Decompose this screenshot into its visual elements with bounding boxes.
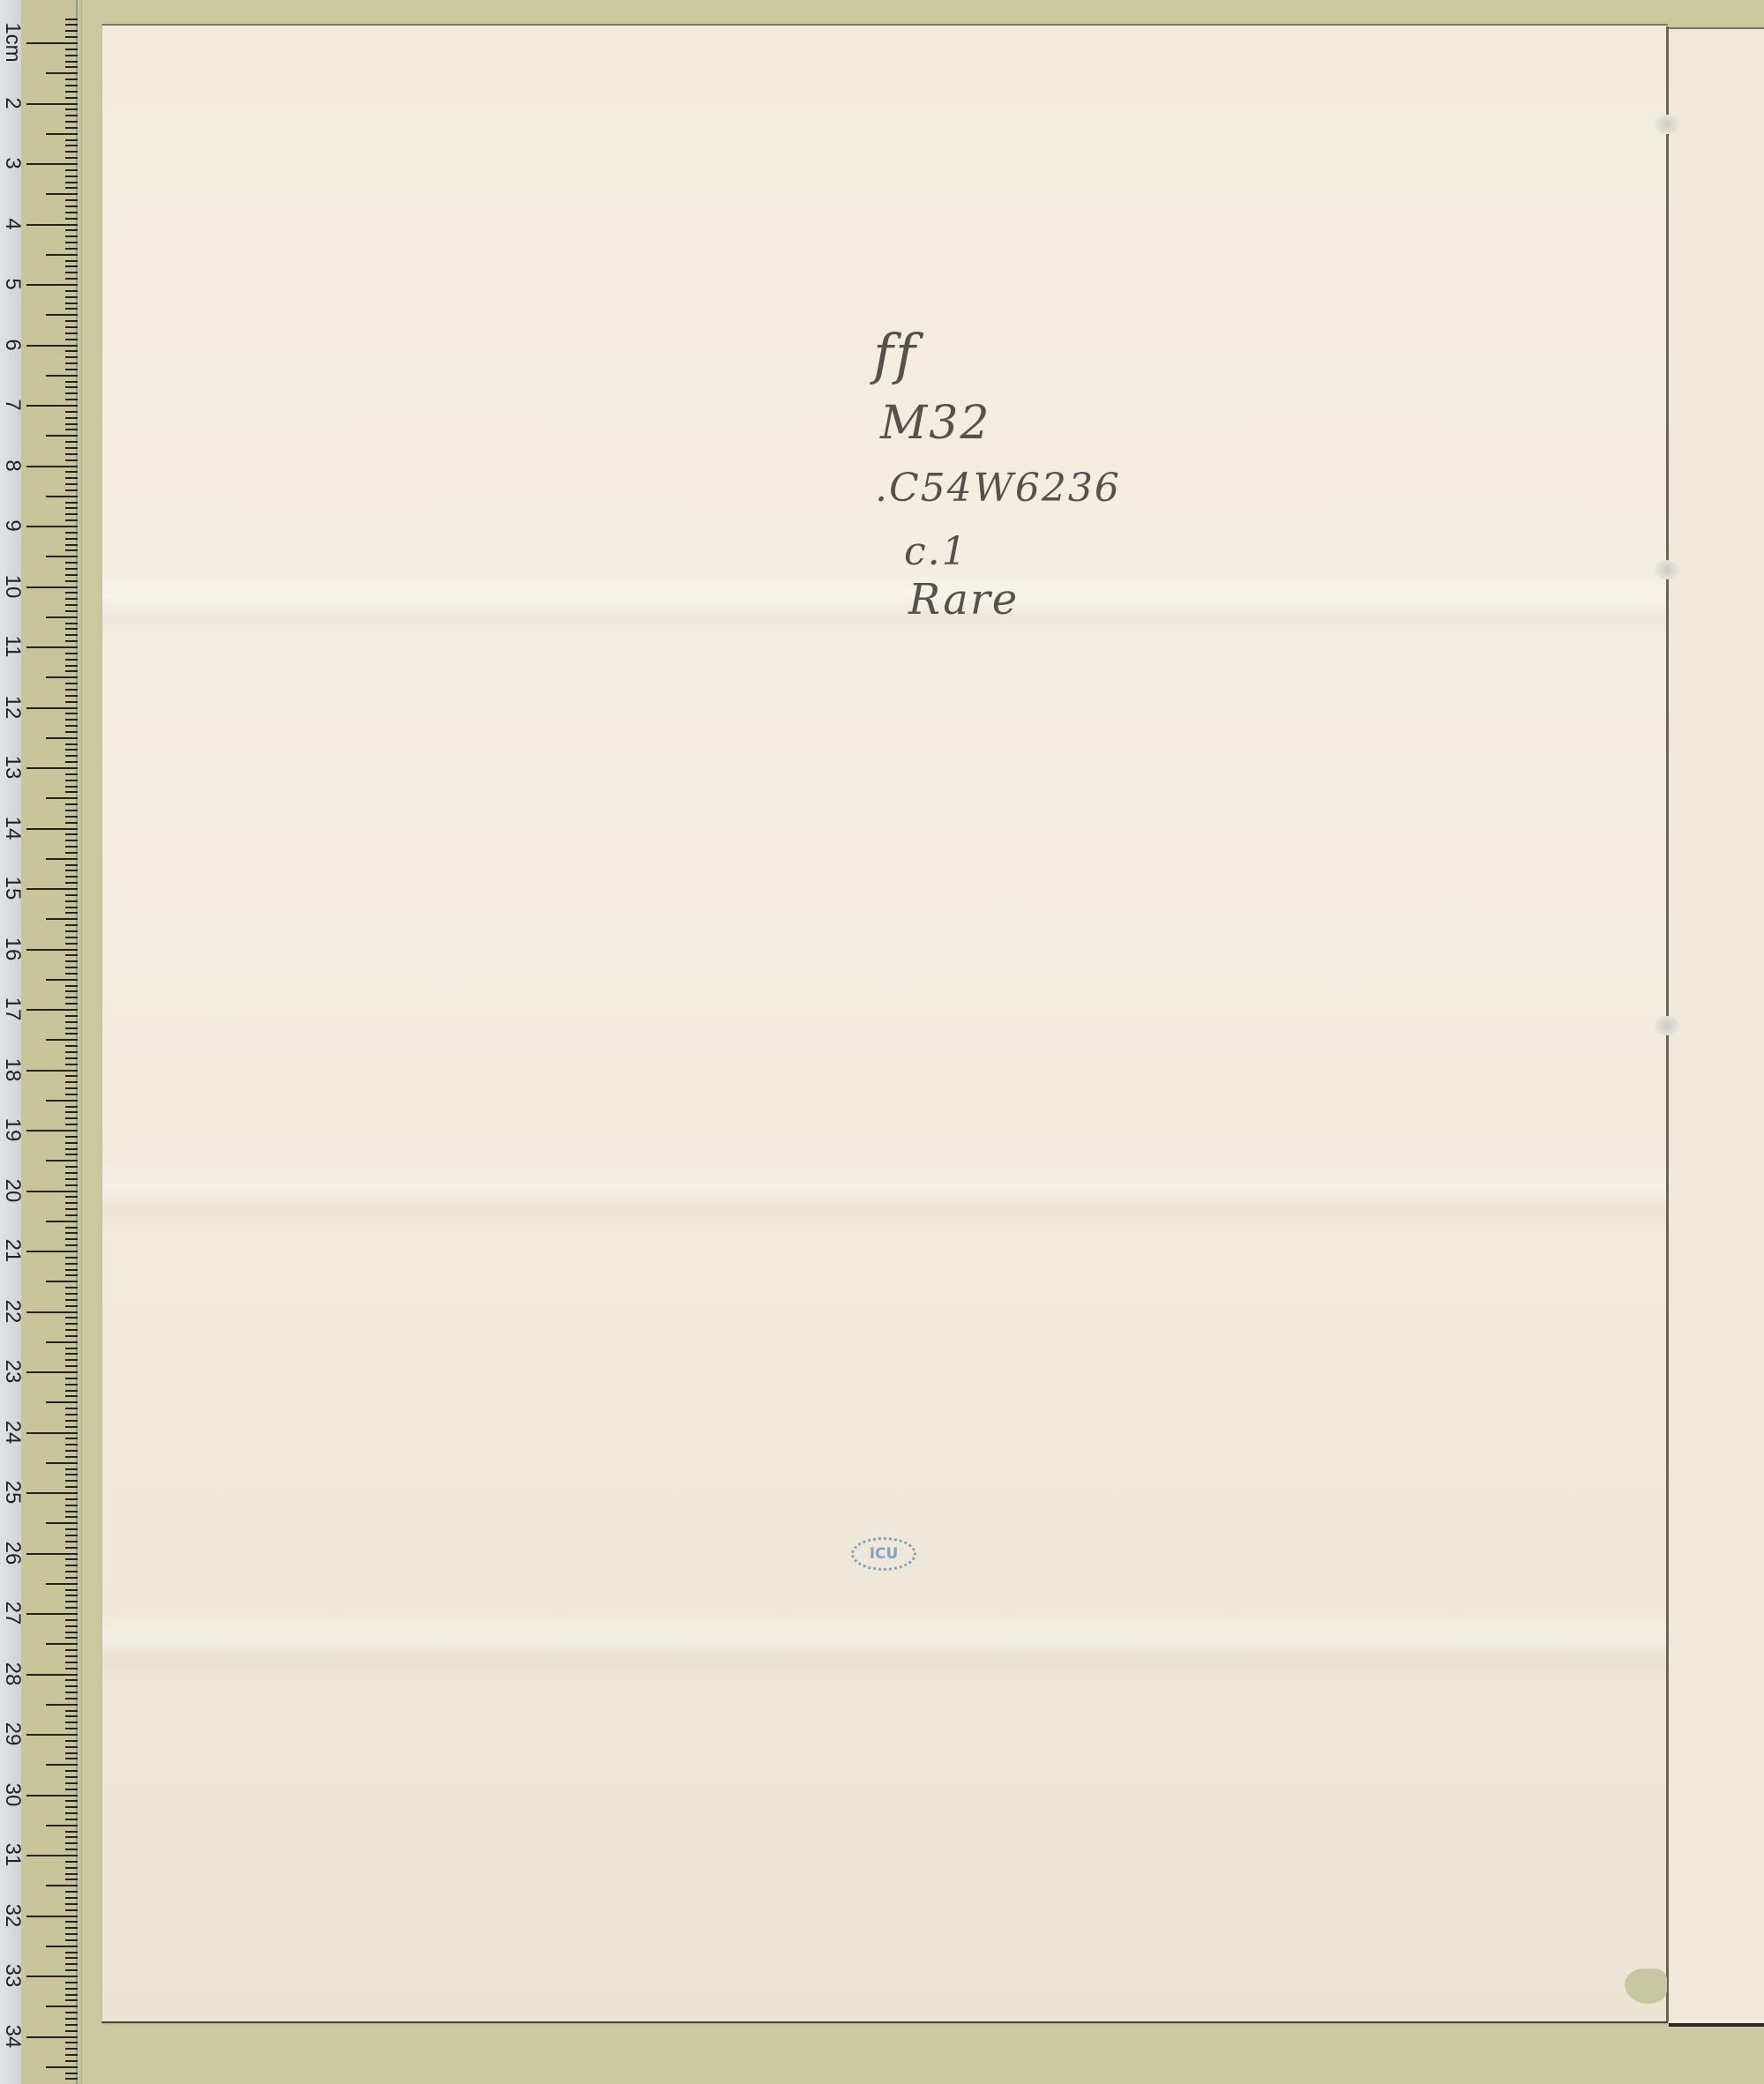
ruler-tick xyxy=(65,1227,78,1229)
ruler-tick xyxy=(65,882,78,884)
ruler-tick xyxy=(65,1426,78,1428)
ruler-tick xyxy=(65,1632,78,1633)
ruler-tick xyxy=(65,1710,78,1712)
ruler-tick xyxy=(26,224,78,226)
ruler-tick xyxy=(65,1903,78,1905)
ruler-tick xyxy=(65,1891,78,1893)
ruler-tick xyxy=(65,78,78,80)
ruler-tick xyxy=(65,1728,78,1729)
ruler-cm-label: 25 xyxy=(0,1478,26,1506)
ruler-tick xyxy=(26,949,78,951)
staple-hole xyxy=(1655,1016,1679,1035)
ruler-tick xyxy=(65,2018,78,2020)
ruler-tick xyxy=(65,731,78,733)
ruler-cm-label: 29 xyxy=(0,1720,26,1748)
ruler-tick xyxy=(65,803,78,805)
ruler-tick xyxy=(65,562,78,564)
ruler-tick xyxy=(65,1033,78,1035)
ruler-tick xyxy=(65,1861,78,1863)
ruler-tick xyxy=(65,701,78,703)
ruler-tick xyxy=(65,1921,78,1923)
ruler-tick xyxy=(65,1782,78,1784)
ruler-tick xyxy=(65,320,78,322)
ruler-tick xyxy=(65,423,78,425)
ruler-tick xyxy=(65,1927,78,1929)
ruler-tick xyxy=(65,1547,78,1549)
ruler-tick xyxy=(65,670,78,672)
ruler-tick xyxy=(46,1221,78,1222)
ruler-tick xyxy=(65,1214,78,1216)
ruler-tick xyxy=(65,610,78,612)
ruler-cm-label: 27 xyxy=(0,1599,26,1627)
ruler-tick xyxy=(65,1999,78,2001)
ruler-tick xyxy=(65,1607,78,1609)
ruler-tick xyxy=(65,1244,78,1246)
ruler-tick xyxy=(65,483,78,485)
ruler-tick xyxy=(65,332,78,334)
ruler-tick xyxy=(65,1969,78,1971)
ruler-tick xyxy=(65,1003,78,1005)
ruler-tick xyxy=(65,592,78,594)
ruler-tick xyxy=(65,816,78,818)
ruler-tick xyxy=(65,1021,78,1023)
ruler-tick xyxy=(65,278,78,280)
ruler-tick xyxy=(65,350,78,352)
ruler-tick xyxy=(46,1885,78,1886)
ruler-tick xyxy=(65,1420,78,1422)
ruler-tick xyxy=(65,574,78,576)
ruler-tick xyxy=(65,1142,78,1144)
ruler-tick xyxy=(65,97,78,99)
ruler-cm-label: 1cm xyxy=(0,19,26,65)
ruler-cm-label: 14 xyxy=(0,814,26,842)
ruler-tick xyxy=(65,786,78,788)
ruler-cm-label: 6 xyxy=(0,331,26,359)
ruler-tick xyxy=(65,1438,78,1439)
ruler-tick xyxy=(65,1740,78,1742)
ruler-tick xyxy=(65,30,78,32)
ruler-tick xyxy=(26,1492,78,1494)
ruler-tick xyxy=(65,477,78,479)
ruler-tick xyxy=(65,1196,78,1198)
ruler-tick xyxy=(46,1643,78,1645)
ruler-tick xyxy=(65,689,78,691)
ruler-tick xyxy=(65,876,78,878)
ruler-tick xyxy=(65,713,78,714)
ruler-tick xyxy=(65,1668,78,1669)
ruler-tick xyxy=(65,604,78,606)
ruler-tick xyxy=(65,1595,78,1596)
ruler-tick xyxy=(65,471,78,473)
ruler-tick xyxy=(65,864,78,866)
ruler-tick xyxy=(65,61,78,63)
ruler-cm-label: 10 xyxy=(0,572,26,601)
ruler-tick xyxy=(65,1649,78,1651)
ruler-tick xyxy=(65,145,78,146)
ruler-tick xyxy=(65,1752,78,1754)
ruler-tick xyxy=(65,24,78,26)
ruler-tick xyxy=(65,1081,78,1083)
ruler-tick xyxy=(65,568,78,570)
ruler-tick xyxy=(65,1589,78,1591)
ruler-tick xyxy=(65,2078,78,2080)
ruler-tick xyxy=(65,1952,78,1953)
ruler-tick xyxy=(26,526,78,527)
ruler-tick xyxy=(65,773,78,775)
ruler-tick xyxy=(65,1770,78,1772)
ruler-tick xyxy=(65,1269,78,1271)
ruler-tick xyxy=(65,392,78,394)
ruler-tick xyxy=(65,139,78,141)
ruler-tick xyxy=(65,381,78,383)
ruler-tick xyxy=(65,1480,78,1482)
ruler-tick xyxy=(26,888,78,890)
ruler-tick xyxy=(65,1395,78,1397)
ruler-tick xyxy=(65,930,78,932)
ruler-tick xyxy=(65,810,78,811)
ruler-tick xyxy=(65,780,78,781)
ruler-cm-label: 12 xyxy=(0,693,26,721)
ruler-tick xyxy=(26,405,78,407)
ruler-tick xyxy=(65,943,78,945)
ruler-tick xyxy=(65,1577,78,1579)
ruler-tick xyxy=(65,121,78,123)
ruler-tick xyxy=(65,1384,78,1386)
ruler-tick xyxy=(65,1831,78,1833)
call-number-line-location: Rare xyxy=(908,575,1019,624)
ruler-cm-label: 33 xyxy=(0,1961,26,1990)
ruler-tick xyxy=(46,375,78,377)
ruler-tick xyxy=(65,429,78,430)
ruler-tick xyxy=(65,549,78,551)
ruler-tick xyxy=(65,852,78,854)
ruler-tick xyxy=(65,900,78,902)
ruler-tick xyxy=(65,2073,78,2074)
call-number-line-copy: c.1 xyxy=(904,529,968,574)
ruler-tick xyxy=(26,466,78,467)
ruler-cm-label: 5 xyxy=(0,270,26,298)
ruler-cm-label: 11 xyxy=(0,632,26,661)
ruler-tick xyxy=(65,937,78,938)
ruler-tick xyxy=(65,1511,78,1513)
ruler-tick xyxy=(65,1571,78,1572)
ruler-tick xyxy=(65,1064,78,1065)
ruler-tick xyxy=(65,1800,78,1802)
ruler-tick xyxy=(26,767,78,769)
staple-hole xyxy=(1655,115,1679,134)
ruler-tick xyxy=(65,1867,78,1869)
ruler-tick xyxy=(65,1257,78,1259)
ruler-tick xyxy=(65,1232,78,1234)
ruler-tick xyxy=(65,1154,78,1155)
ruler-tick xyxy=(65,1106,78,1108)
ruler-tick xyxy=(26,646,78,648)
ruler-tick xyxy=(65,1027,78,1029)
facing-page-edge xyxy=(1669,27,1764,2027)
call-number-line-class: M32 xyxy=(880,397,990,450)
ruler-tick xyxy=(65,411,78,413)
ruler-tick xyxy=(65,791,78,793)
ruler-tick xyxy=(65,453,78,455)
ruler-tick xyxy=(65,1957,78,1959)
ruler-tick xyxy=(65,507,78,509)
ruler-tick xyxy=(26,1976,78,1977)
ruler-tick xyxy=(65,683,78,684)
ruler-tick xyxy=(65,1879,78,1880)
library-stamp: ICU xyxy=(851,1537,916,1571)
ruler-tick xyxy=(46,133,78,135)
ruler-tick xyxy=(65,218,78,220)
ruler-tick xyxy=(65,1348,78,1349)
ruler-tick xyxy=(65,894,78,896)
ruler-tick xyxy=(65,2048,78,2050)
ruler-tick xyxy=(65,1075,78,1077)
ruler-tick xyxy=(65,1722,78,1723)
ruler-tick xyxy=(26,1311,78,1313)
ruler-tick xyxy=(65,1715,78,1717)
ruler-tick xyxy=(65,1789,78,1790)
ruler-tick xyxy=(65,1323,78,1325)
ruler-tick xyxy=(65,924,78,926)
call-number-line-ff: ff xyxy=(873,322,917,386)
ruler-tick xyxy=(65,1655,78,1657)
ruler-tick xyxy=(65,151,78,153)
ruler-tick xyxy=(65,846,78,848)
ruler-tick xyxy=(26,1734,78,1736)
ruler-tick xyxy=(65,840,78,841)
ruler-tick xyxy=(65,91,78,93)
ruler-tick xyxy=(65,36,78,38)
ruler-tick xyxy=(65,1662,78,1663)
ruler-tick xyxy=(26,1795,78,1796)
ruler-tick xyxy=(65,1166,78,1168)
ruler-tick xyxy=(65,1535,78,1536)
ruler-tick xyxy=(65,1305,78,1307)
ruler-tick xyxy=(65,1528,78,1530)
ruler-tick xyxy=(65,1474,78,1475)
ruler-tick xyxy=(65,1758,78,1759)
ruler-tick xyxy=(65,85,78,86)
ruler-tick xyxy=(65,2030,78,2032)
ruler-tick xyxy=(65,248,78,250)
ruler-tick xyxy=(46,1039,78,1041)
ruler-tick xyxy=(65,907,78,908)
ruler-tick xyxy=(65,1111,78,1113)
ruler-tick xyxy=(46,254,78,256)
ruler-tick xyxy=(26,1674,78,1676)
ruler-tick xyxy=(65,1299,78,1301)
measuring-ruler: 1cm2345678910111213141516171819202122232… xyxy=(0,0,82,2084)
ruler-tick xyxy=(65,1329,78,1331)
ruler-tick xyxy=(65,659,78,661)
ruler-tick xyxy=(65,1051,78,1053)
ruler-tick xyxy=(26,42,78,44)
ruler-tick xyxy=(65,169,78,171)
ruler-tick xyxy=(65,502,78,504)
ruler-tick xyxy=(65,1849,78,1850)
ruler-tick xyxy=(65,822,78,824)
ruler-tick xyxy=(65,1274,78,1276)
ruler-tick xyxy=(46,1401,78,1403)
ruler-tick xyxy=(65,1685,78,1687)
ruler-tick xyxy=(65,1486,78,1488)
ruler-tick xyxy=(65,990,78,992)
ruler-tick xyxy=(46,1825,78,1826)
ruler-cm-label: 30 xyxy=(0,1781,26,1809)
ruler-tick xyxy=(46,2006,78,2007)
ruler-tick xyxy=(65,296,78,298)
ruler-tick xyxy=(65,2024,78,2026)
ruler-tick xyxy=(65,242,78,243)
ruler-tick xyxy=(65,1819,78,1820)
ruler-tick xyxy=(65,1625,78,1627)
ruler-tick xyxy=(65,1317,78,1318)
ruler-tick xyxy=(46,1583,78,1585)
ruler-tick xyxy=(65,1505,78,1506)
ruler-cm-label: 4 xyxy=(0,210,26,238)
ruler-tick xyxy=(65,1117,78,1119)
ruler-tick xyxy=(65,1450,78,1452)
ruler-tick xyxy=(65,1390,78,1392)
ruler-tick xyxy=(46,2066,78,2068)
ruler-tick xyxy=(26,1432,78,1434)
ruler-tick xyxy=(65,1359,78,1361)
ruler-tick xyxy=(65,1057,78,1059)
ruler-tick xyxy=(65,1456,78,1458)
ruler-tick xyxy=(65,1933,78,1935)
ruler-tick xyxy=(46,1462,78,1464)
ruler-tick xyxy=(26,1191,78,1192)
ruler-tick xyxy=(65,1136,78,1138)
ruler-tick xyxy=(65,2060,78,2062)
ruler-tick xyxy=(65,1939,78,1941)
ruler-tick xyxy=(65,1994,78,1996)
ruler-cm-label: 19 xyxy=(0,1116,26,1144)
ruler-tick xyxy=(46,1764,78,1766)
ruler-tick xyxy=(65,1558,78,1560)
ruler-tick xyxy=(46,1341,78,1343)
ruler-tick xyxy=(26,1251,78,1252)
ruler-cm-label: 7 xyxy=(0,391,26,419)
ruler-tick xyxy=(65,1565,78,1566)
ruler-tick xyxy=(65,356,78,358)
paper-crease xyxy=(102,572,1668,643)
ruler-tick xyxy=(65,1238,78,1240)
call-number-line-cutter: .C54W6236 xyxy=(875,466,1121,511)
ruler-tick xyxy=(46,616,78,618)
ruler-tick xyxy=(46,858,78,860)
ruler-tick xyxy=(65,362,78,364)
ruler-tick xyxy=(65,695,78,697)
ruler-tick xyxy=(46,1704,78,1706)
ruler-tick xyxy=(65,1988,78,1990)
ruler-tick xyxy=(65,399,78,400)
ruler-tick xyxy=(65,912,78,914)
ruler-tick xyxy=(65,749,78,751)
ruler-tick xyxy=(26,828,78,830)
ruler-tick xyxy=(65,1806,78,1808)
ruler-tick xyxy=(65,176,78,177)
ruler-tick xyxy=(65,1365,78,1367)
ruler-tick xyxy=(65,290,78,292)
ruler-tick xyxy=(65,1045,78,1047)
ruler-tick xyxy=(65,1516,78,1518)
ruler-tick xyxy=(65,519,78,521)
ruler-tick xyxy=(65,235,78,237)
ruler-tick xyxy=(65,1015,78,1017)
ruler-tick xyxy=(26,1613,78,1615)
ruler-tick xyxy=(65,1982,78,1983)
ruler-tick xyxy=(65,369,78,370)
ruler-tick xyxy=(65,108,78,110)
ruler-tick xyxy=(65,1087,78,1089)
ruler-tick xyxy=(65,386,78,388)
ruler-tick xyxy=(65,1408,78,1409)
ruler-tick xyxy=(65,755,78,757)
ruler-tick xyxy=(46,918,78,920)
ruler-tick xyxy=(26,1009,78,1011)
ruler-tick xyxy=(65,49,78,50)
ruler-tick xyxy=(46,314,78,316)
ruler-tick xyxy=(46,676,78,678)
ruler-tick xyxy=(65,1692,78,1693)
ruler-tick xyxy=(65,1836,78,1838)
ruler-tick xyxy=(65,1178,78,1180)
ruler-tick xyxy=(65,870,78,871)
ruler-tick xyxy=(65,1414,78,1415)
ruler-tick xyxy=(65,513,78,515)
ruler-tick xyxy=(46,737,78,739)
ruler-tick xyxy=(65,544,78,546)
ruler-tick xyxy=(65,1601,78,1602)
ruler-cm-label: 20 xyxy=(0,1176,26,1205)
ruler-tick xyxy=(46,797,78,799)
ruler-tick xyxy=(26,1371,78,1373)
ruler-tick xyxy=(26,707,78,709)
ruler-tick xyxy=(65,265,78,267)
ruler-tick xyxy=(65,598,78,600)
ruler-tick xyxy=(65,653,78,654)
ruler-cm-label: 28 xyxy=(0,1660,26,1688)
ruler-tick xyxy=(65,1679,78,1681)
ruler-tick xyxy=(65,1148,78,1150)
ruler-tick xyxy=(65,182,78,183)
ruler-tick xyxy=(65,308,78,310)
ruler-label-strip xyxy=(0,0,21,2084)
ruler-tick xyxy=(65,303,78,304)
ruler-tick xyxy=(65,2054,78,2056)
ruler-tick xyxy=(65,954,78,956)
ruler-tick xyxy=(65,2012,78,2013)
ruler-tick xyxy=(65,1812,78,1814)
ruler-tick xyxy=(46,1946,78,1947)
ruler-tick xyxy=(65,973,78,975)
ruler-tick xyxy=(65,634,78,636)
ruler-cm-label: 9 xyxy=(0,512,26,540)
ruler-tick xyxy=(26,1070,78,1072)
ruler-tick xyxy=(65,1909,78,1911)
ruler-cm-label: 21 xyxy=(0,1236,26,1265)
ruler-tick xyxy=(65,260,78,262)
ruler-tick xyxy=(65,833,78,835)
ruler-tick xyxy=(65,532,78,534)
ruler-tick xyxy=(65,2042,78,2043)
ruler-tick xyxy=(65,967,78,968)
ruler-tick xyxy=(26,1553,78,1555)
ruler-tick xyxy=(65,199,78,201)
ruler-tick xyxy=(46,1522,78,1524)
ruler-tick xyxy=(65,272,78,273)
